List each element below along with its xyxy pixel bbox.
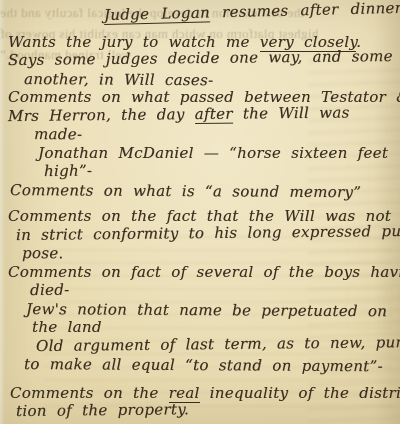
text-segment: high”-: [44, 161, 92, 180]
manuscript-line: pose.: [22, 244, 394, 265]
text-segment: made-: [34, 125, 82, 143]
text-segment: Old argument of last term, as to new, pu…: [36, 332, 400, 354]
text-segment: pose.: [22, 244, 64, 262]
handwritten-notes: Judge Logan resumes after dinner-Wants t…: [0, 0, 400, 424]
text-segment: to make all equal “to stand on payment”-: [24, 355, 383, 375]
text-segment: in strict conformity to his long express…: [16, 221, 400, 243]
manuscript-page: the best exertion to develop the logical…: [0, 0, 400, 424]
manuscript-line: high”-: [44, 158, 394, 180]
text-segment: tion of the property.: [16, 400, 189, 420]
text-segment: Says some judges decide one way, and som…: [8, 47, 393, 69]
text-segment: Mrs Herron, the day: [8, 105, 195, 125]
underlined-word: Judge Logan: [104, 3, 210, 25]
text-segment: died-: [30, 281, 70, 299]
text-segment: the land: [32, 318, 102, 336]
text-segment: resumes after dinner-: [210, 0, 400, 21]
text-segment: Comments on the: [10, 384, 169, 402]
text-segment: the Will was: [233, 103, 350, 122]
manuscript-line: to make all equal “to stand on payment”-: [24, 355, 394, 376]
text-segment: Jew's notion that name be perpetuated on: [26, 300, 387, 320]
manuscript-line: Jew's notion that name be perpetuated on: [26, 300, 394, 321]
manuscript-line: made-: [34, 125, 394, 146]
underlined-word: after: [195, 104, 233, 123]
manuscript-line: Mrs Herron, the day after the Will was: [8, 102, 394, 125]
text-segment: Comments on what is “a sound memory”: [10, 181, 361, 201]
manuscript-line: Old argument of last term, as to new, pu…: [36, 333, 394, 355]
manuscript-heading: Judge Logan resumes after dinner-: [104, 0, 394, 24]
manuscript-line: another, in Will cases-: [24, 70, 394, 91]
manuscript-line: Comments on what is “a sound memory”: [10, 181, 394, 202]
manuscript-line: Says some judges decide one way, and som…: [8, 47, 394, 70]
manuscript-line: in strict conformity to his long express…: [16, 222, 394, 244]
manuscript-line: died-: [30, 277, 394, 299]
text-segment: another, in Will cases-: [24, 70, 213, 89]
manuscript-line: tion of the property.: [16, 398, 394, 420]
